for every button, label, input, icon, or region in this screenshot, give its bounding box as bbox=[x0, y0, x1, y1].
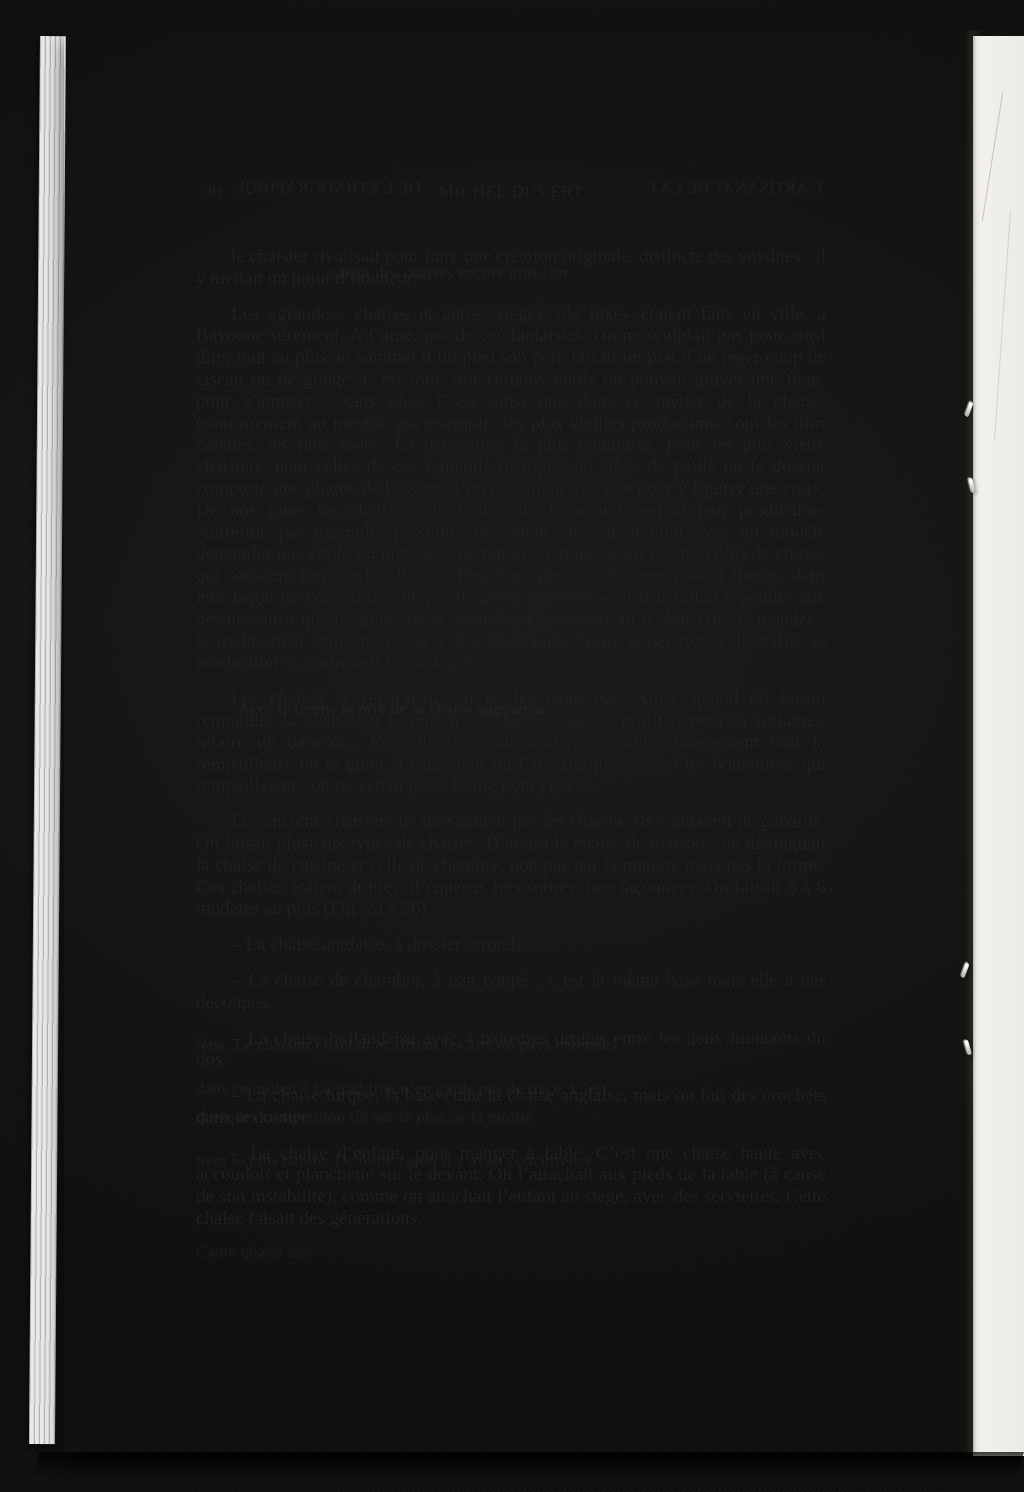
list-item: – La chaise anglaise, à dossier arrondi. bbox=[196, 934, 826, 956]
book-page: 30 MICHEL DUVERT le chaisier rivalisait … bbox=[64, 30, 1024, 1454]
bleedthrough-text: Avec le temps le prix de la chaise augme… bbox=[238, 699, 668, 719]
bleedthrough-text: quelques compétition tôt sur le plus de … bbox=[196, 1107, 696, 1127]
book-photo: 30 MICHEL DUVERT le chaisier rivalisait … bbox=[0, 0, 1024, 1492]
bleedthrough-text: L’ARTISANAT DE LA C bbox=[585, 178, 823, 198]
body-paragraph: Les anciens chaisiers ne dessinaient pas… bbox=[196, 811, 826, 920]
page-stack-edges bbox=[29, 36, 66, 1444]
bleedthrough-text: DE L’ETHNOGRAPHIQUE bbox=[236, 178, 421, 198]
page-gutter-fold bbox=[965, 30, 981, 1454]
bleedthrough-text: tient le plus habile. De toute façon il … bbox=[196, 1151, 756, 1171]
bleedthrough-text: dans ce milieu ? La tradition n’en garde… bbox=[196, 1079, 756, 1099]
bleedthrough-text: Came quand une bbox=[196, 1242, 346, 1262]
bleedthrough-text: lène. Le chaisier chantait et sifflait l… bbox=[196, 1035, 796, 1055]
body-paragraph: Les «grandes» chaises et autres sièges «… bbox=[196, 304, 826, 675]
bleedthrough-text: saient des chaises encore plus sim bbox=[330, 263, 670, 283]
page-bottom-shadow bbox=[30, 1452, 1024, 1482]
list-item: – La chaise de chambre, à pan coupé ; c’… bbox=[196, 970, 826, 1014]
page-number: 30 bbox=[204, 180, 221, 204]
